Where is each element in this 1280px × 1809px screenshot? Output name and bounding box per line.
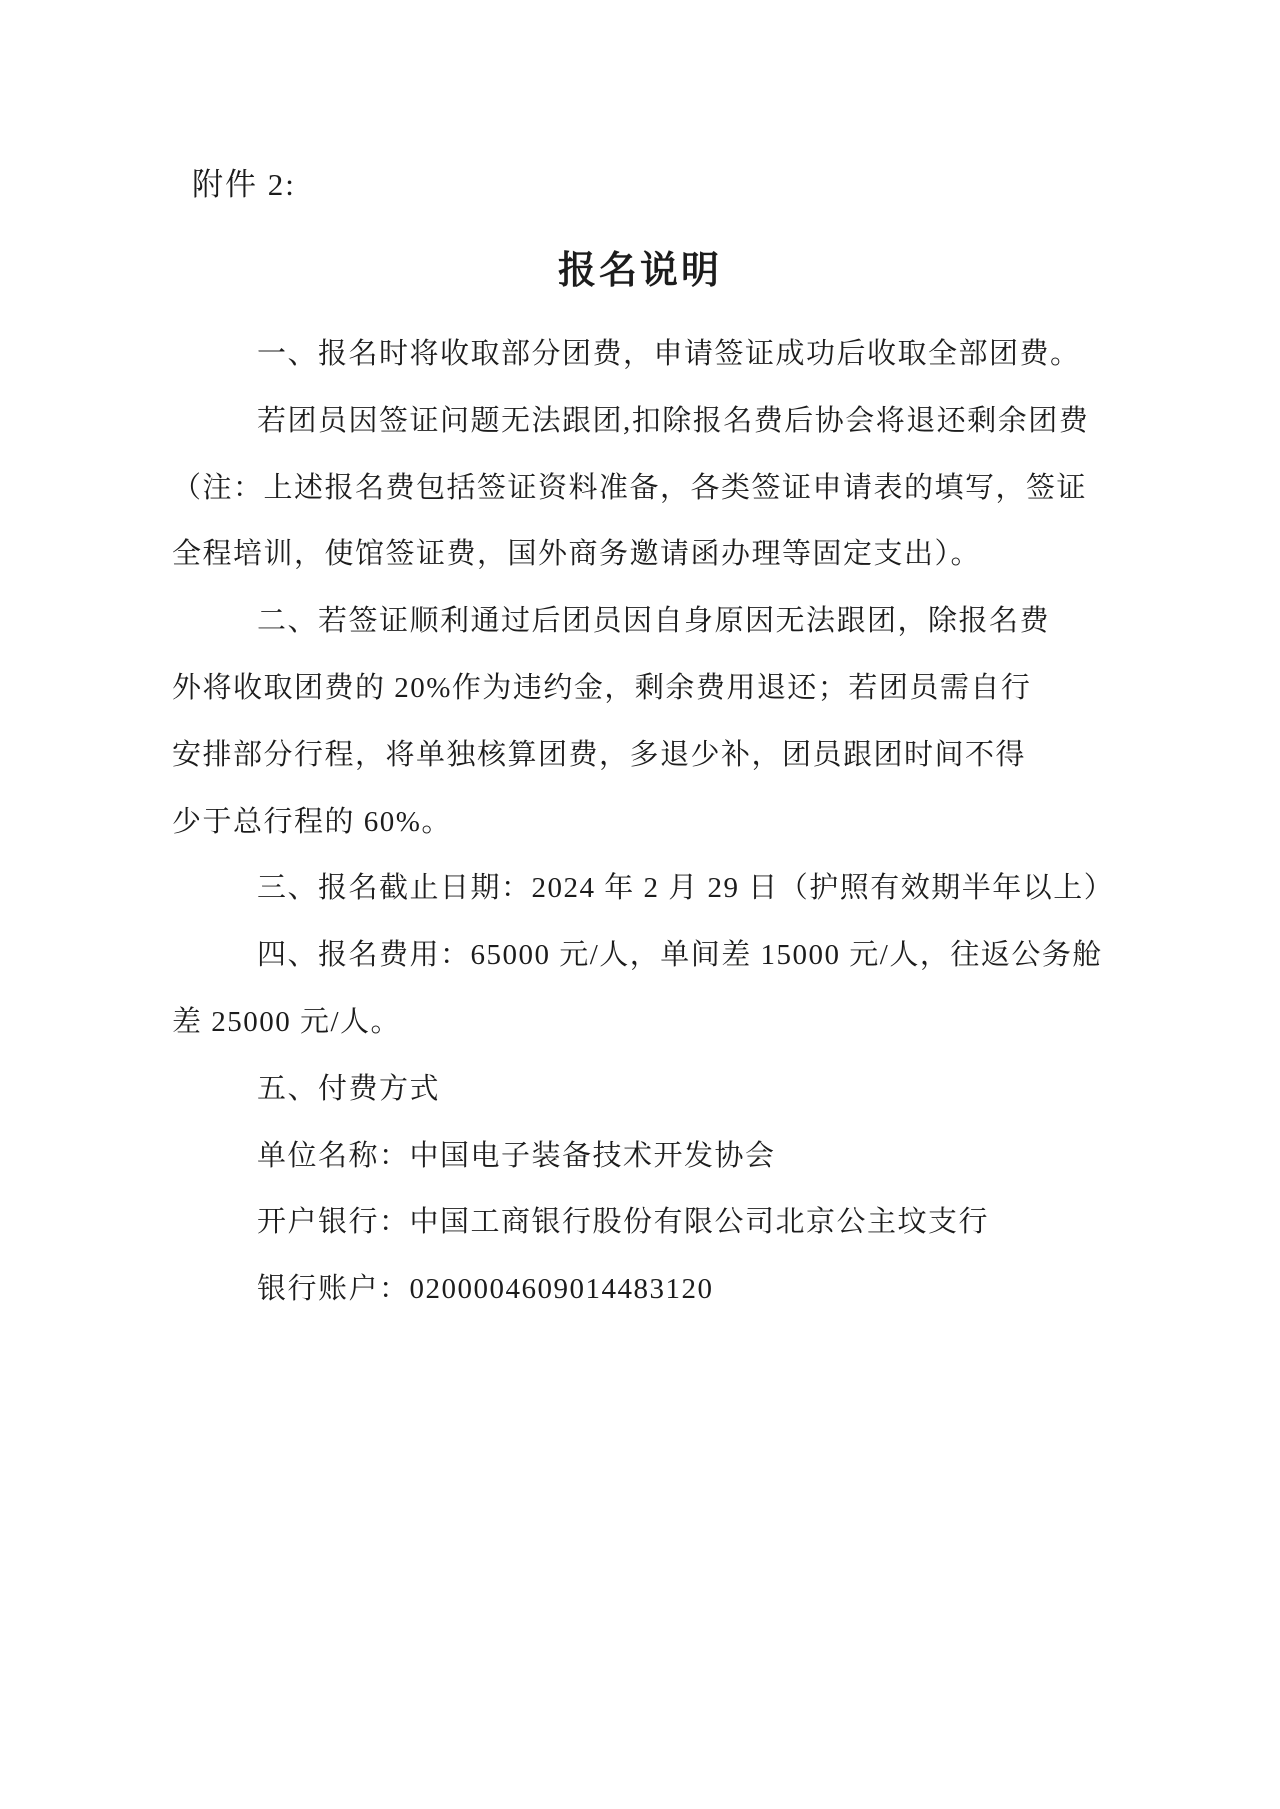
document-line: 开户银行：中国工商银行股份有限公司北京公主坟支行 — [172, 1189, 1120, 1256]
document-line: 四、报名费用：65000 元/人，单间差 15000 元/人，往返公务舱 — [172, 922, 1120, 989]
document-line: 二、若签证顺利通过后团员因自身原因无法跟团，除报名费 — [172, 588, 1120, 655]
document-line: 外将收取团费的 20%作为违约金，剩余费用退还；若团员需自行 — [172, 655, 1120, 722]
document-page: 附件 2: 报名说明 一、报名时将收取部分团费，申请签证成功后收取全部团费。若团… — [0, 0, 1280, 1809]
document-line: 银行账户：0200004609014483120 — [172, 1256, 1120, 1323]
document-line: 全程培训，使馆签证费，国外商务邀请函办理等固定支出）。 — [172, 521, 1120, 588]
page-title: 报名说明 — [0, 250, 1280, 294]
document-line: （注：上述报名费包括签证资料准备，各类签证申请表的填写，签证 — [172, 455, 1120, 522]
document-line: 五、付费方式 — [172, 1056, 1120, 1123]
document-line: 安排部分行程，将单独核算团费，多退少补，团员跟团时间不得 — [172, 722, 1120, 789]
document-body: 一、报名时将收取部分团费，申请签证成功后收取全部团费。若团员因签证问题无法跟团,… — [172, 321, 1120, 1323]
attachment-label: 附件 2: — [192, 168, 296, 202]
document-line: 一、报名时将收取部分团费，申请签证成功后收取全部团费。 — [172, 321, 1120, 388]
document-line: 差 25000 元/人。 — [172, 989, 1120, 1056]
document-line: 若团员因签证问题无法跟团,扣除报名费后协会将退还剩余团费 — [172, 388, 1120, 455]
document-line: 单位名称：中国电子装备技术开发协会 — [172, 1123, 1120, 1190]
document-line: 三、报名截止日期：2024 年 2 月 29 日（护照有效期半年以上） — [172, 855, 1120, 922]
document-line: 少于总行程的 60%。 — [172, 789, 1120, 856]
